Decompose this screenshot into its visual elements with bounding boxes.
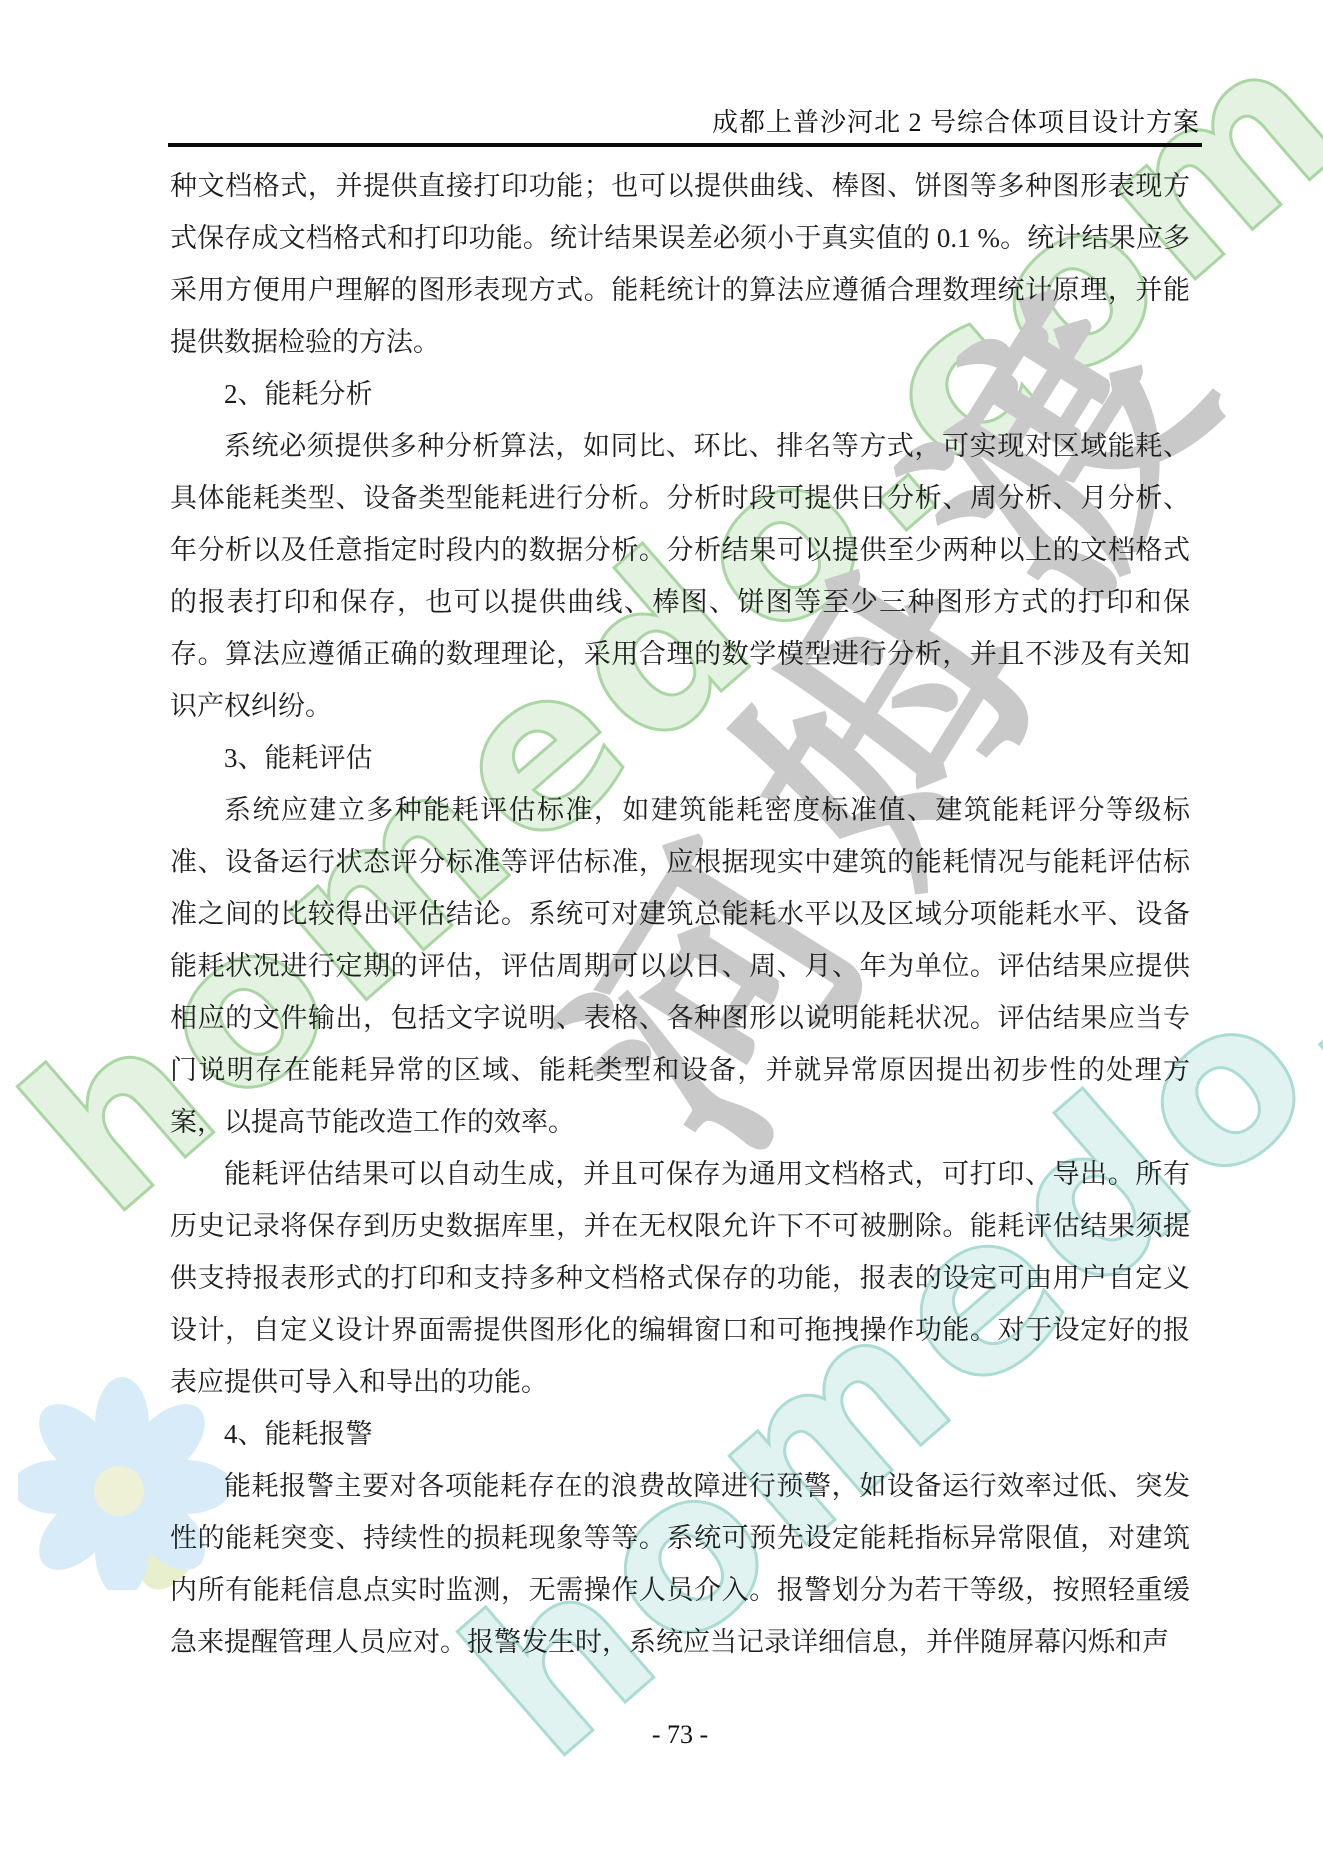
document-page: homedo.com homedo.com 河姆渡 成都上普沙河北 2 号综合体… (0, 0, 1323, 1871)
paragraph: 系统应建立多种能耗评估标准，如建筑能耗密度标准值、建筑能耗评分等级标准、设备运行… (170, 784, 1190, 1148)
header-title: 成都上普沙河北 2 号综合体项目设计方案 (170, 102, 1200, 139)
header-rule (168, 143, 1202, 147)
section-heading: 2、能耗分析 (170, 368, 1190, 420)
paragraph: 系统必须提供多种分析算法，如同比、环比、排名等方式，可实现对区域能耗、具体能耗类… (170, 420, 1190, 732)
page-number: - 73 - (170, 1720, 1190, 1750)
section-heading: 4、能耗报警 (170, 1408, 1190, 1460)
paragraph: 能耗评估结果可以自动生成，并且可保存为通用文档格式，可打印、导出。所有历史记录将… (170, 1148, 1190, 1408)
paragraph: 能耗报警主要对各项能耗存在的浪费故障进行预警，如设备运行效率过低、突发性的能耗突… (170, 1460, 1190, 1668)
section-heading: 3、能耗评估 (170, 732, 1190, 784)
page-content: 成都上普沙河北 2 号综合体项目设计方案 种文档格式，并提供直接打印功能；也可以… (0, 0, 1323, 1871)
document-body: 种文档格式，并提供直接打印功能；也可以提供曲线、棒图、饼图等多种图形表现方式保存… (170, 160, 1190, 1668)
paragraph: 种文档格式，并提供直接打印功能；也可以提供曲线、棒图、饼图等多种图形表现方式保存… (170, 160, 1190, 368)
